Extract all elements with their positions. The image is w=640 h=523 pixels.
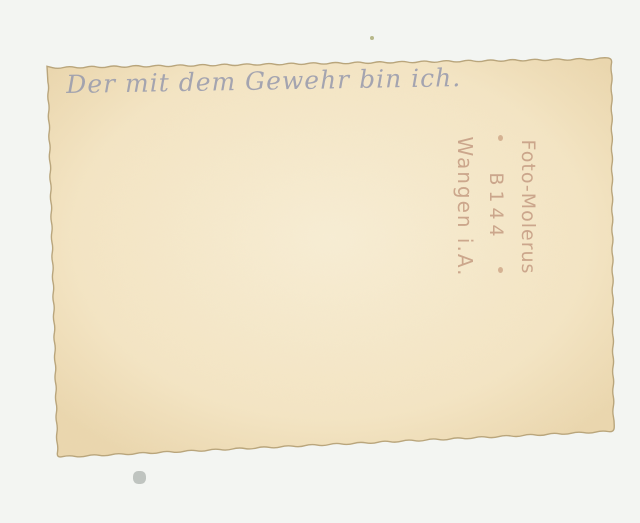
stamp-ornament — [498, 135, 503, 141]
dust-speck — [370, 36, 374, 40]
stamp-number: B144 — [485, 117, 507, 297]
photographer-stamp: Foto-Molerus B144 Wangen i.A. — [448, 117, 543, 297]
stamp-ornament — [498, 267, 503, 273]
photo-scene: Der mit dem Gewehr bin ich. Foto-Molerus… — [0, 0, 640, 523]
stamp-location: Wangen i.A. — [453, 117, 477, 297]
stamp-studio-name: Foto-Molerus — [517, 117, 539, 297]
debris-speck — [133, 471, 146, 484]
